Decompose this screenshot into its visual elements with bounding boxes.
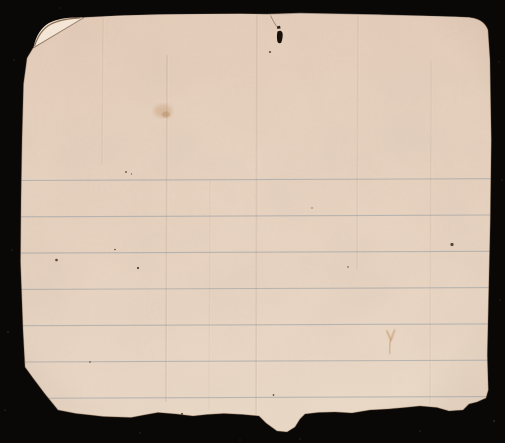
dust-speck [13,59,14,60]
paper-speck [450,243,453,246]
photo-frame [0,0,505,443]
dust-speck [501,179,502,180]
paper-speck [89,361,91,363]
paper-speck [131,173,132,174]
dust-speck [299,438,300,439]
dust-speck [7,331,9,333]
dust-speck [4,409,6,411]
paper-speck [55,259,58,262]
dust-speck [498,61,499,62]
dust-speck [59,7,60,8]
photo-of-lined-paper [0,0,505,443]
paper-crease [430,60,431,404]
paper-speck [311,207,312,208]
paper-crease [256,15,257,430]
dust-speck [239,439,240,440]
paper-speck [347,266,348,267]
paper-speck [269,51,271,53]
dust-speck [499,299,501,301]
dust-speck [419,430,421,432]
dust-speck [493,420,495,422]
paper-speck [137,267,139,269]
dust-speck [11,249,12,250]
dust-speck [139,432,141,434]
paper-speck [125,171,127,173]
paper-speck [273,394,275,396]
paper-speck [114,249,116,251]
brown-stain-core [162,112,170,118]
